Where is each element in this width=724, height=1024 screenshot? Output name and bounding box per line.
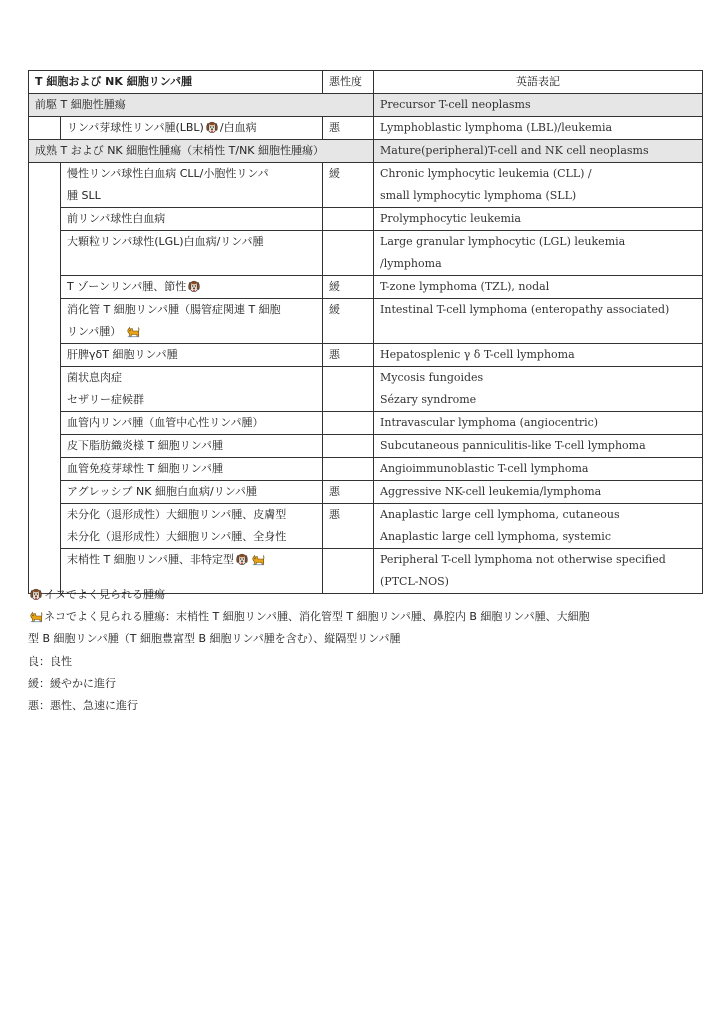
- name-line: 大顆粒リンパ球性(LGL)白血病/リンパ腫: [67, 231, 316, 253]
- row-english: Intravascular lymphoma (angiocentric): [374, 412, 703, 435]
- name-line: セザリー症候群: [67, 389, 316, 411]
- cat-note-text: ネコでよく見られる腫瘍：末梢性 T 細胞リンパ腫、消化管型 T 細胞リンパ腫、鼻…: [44, 610, 590, 623]
- row-name: 菌状息肉症セザリー症候群: [61, 367, 323, 412]
- table-row: 未分化（退形成性）大細胞リンパ腫、皮膚型未分化（退形成性）大細胞リンパ腫、全身性…: [29, 504, 703, 549]
- footnotes: イヌでよく見られる腫瘍 ネコでよく見られる腫瘍：末梢性 T 細胞リンパ腫、消化管…: [28, 584, 708, 717]
- table-row: アグレッシブ NK 細胞白血病/リンパ腫 悪 Aggressive NK-cel…: [29, 481, 703, 504]
- row-name: アグレッシブ NK 細胞白血病/リンパ腫: [61, 481, 323, 504]
- row-name: 消化管 T 細胞リンパ腫（腸管症関連 T 細胞リンパ腫）: [61, 299, 323, 344]
- english-line: Chronic lymphocytic leukemia (CLL) /: [380, 163, 696, 185]
- cat-footnote: ネコでよく見られる腫瘍：末梢性 T 細胞リンパ腫、消化管型 T 細胞リンパ腫、鼻…: [28, 606, 708, 628]
- row-english: Aggressive NK-cell leukemia/lymphoma: [374, 481, 703, 504]
- name-text-suffix: /白血病: [220, 121, 257, 134]
- row-english: Anaplastic large cell lymphoma, cutaneou…: [374, 504, 703, 549]
- row-name: 慢性リンパ球性白血病 CLL/小胞性リンパ腫 SLL: [61, 163, 323, 208]
- dog-footnote: イヌでよく見られる腫瘍: [28, 584, 708, 606]
- table-row: T ゾーンリンパ腫、節性 緩 T-zone lymphoma (TZL), no…: [29, 276, 703, 299]
- english-line: Large granular lymphocytic (LGL) leukemi…: [380, 231, 696, 253]
- table-row: 血管免疫芽球性 T 細胞リンパ腫 Angioimmunoblastic T-ce…: [29, 458, 703, 481]
- row-severity: 緩: [323, 276, 374, 299]
- row-severity: 悪: [323, 344, 374, 367]
- cat-icon: [126, 324, 140, 338]
- row-name: 未分化（退形成性）大細胞リンパ腫、皮膚型未分化（退形成性）大細胞リンパ腫、全身性: [61, 504, 323, 549]
- name-line: 消化管 T 細胞リンパ腫（腸管症関連 T 細胞: [67, 299, 316, 321]
- row-name: 肝脾γδT 細胞リンパ腫: [61, 344, 323, 367]
- indent-cell: [29, 163, 61, 594]
- english-line: /lymphoma: [380, 253, 696, 275]
- name-line: リンパ腫）: [67, 325, 121, 338]
- row-english: Intestinal T-cell lymphoma (enteropathy …: [374, 299, 703, 344]
- dog-face-icon: [205, 120, 219, 134]
- row-severity: 悪: [323, 117, 374, 140]
- row-severity: [323, 208, 374, 231]
- header-name: T 細胞および NK 細胞リンパ腫: [29, 71, 323, 94]
- row-name: リンパ芽球性リンパ腫(LBL)/白血病: [61, 117, 323, 140]
- name-text: リンパ芽球性リンパ腫(LBL): [67, 121, 204, 134]
- table-row: 大顆粒リンパ球性(LGL)白血病/リンパ腫 Large granular lym…: [29, 231, 703, 276]
- row-english: Hepatosplenic γ δ T-cell lymphoma: [374, 344, 703, 367]
- row-severity: 悪: [323, 504, 374, 549]
- row-severity: [323, 231, 374, 276]
- dog-face-icon: [235, 552, 249, 566]
- row-severity: [323, 412, 374, 435]
- row-severity: [323, 367, 374, 412]
- table-row: 慢性リンパ球性白血病 CLL/小胞性リンパ腫 SLL 緩 Chronic lym…: [29, 163, 703, 208]
- legend-benign: 良：良性: [28, 651, 708, 673]
- table-row: リンパ芽球性リンパ腫(LBL)/白血病 悪 Lymphoblastic lymp…: [29, 117, 703, 140]
- table-row: 肝脾γδT 細胞リンパ腫 悪 Hepatosplenic γ δ T-cell …: [29, 344, 703, 367]
- legend-slow: 緩：緩やかに進行: [28, 673, 708, 695]
- row-severity: [323, 458, 374, 481]
- table-row: 前リンパ球性白血病 Prolymphocytic leukemia: [29, 208, 703, 231]
- english-line: Peripheral T-cell lymphoma not otherwise…: [380, 549, 696, 571]
- section-english: Precursor T-cell neoplasms: [374, 94, 703, 117]
- dog-face-icon: [29, 587, 43, 601]
- english-line: Mycosis fungoides: [380, 367, 696, 389]
- english-line: Anaplastic large cell lymphoma, systemic: [380, 526, 696, 548]
- row-name: 大顆粒リンパ球性(LGL)白血病/リンパ腫: [61, 231, 323, 276]
- english-line: Anaplastic large cell lymphoma, cutaneou…: [380, 504, 696, 526]
- name-line: 慢性リンパ球性白血病 CLL/小胞性リンパ: [67, 163, 316, 185]
- row-name: 皮下脂肪織炎様 T 細胞リンパ腫: [61, 435, 323, 458]
- indent-cell: [29, 117, 61, 140]
- lymphoma-table-container: T 細胞および NK 細胞リンパ腫 悪性度 英語表記 前駆 T 細胞性腫瘍 Pr…: [28, 70, 702, 594]
- row-english: Angioimmunoblastic T-cell lymphoma: [374, 458, 703, 481]
- table-row: 血管内リンパ腫（血管中心性リンパ腫） Intravascular lymphom…: [29, 412, 703, 435]
- name-text: T ゾーンリンパ腫、節性: [67, 280, 186, 293]
- row-name: 血管免疫芽球性 T 細胞リンパ腫: [61, 458, 323, 481]
- table-row: 皮下脂肪織炎様 T 細胞リンパ腫 Subcutaneous panniculit…: [29, 435, 703, 458]
- section-row-precursor: 前駆 T 細胞性腫瘍 Precursor T-cell neoplasms: [29, 94, 703, 117]
- row-english: Chronic lymphocytic leukemia (CLL) /smal…: [374, 163, 703, 208]
- section-title: 成熟 T および NK 細胞性腫瘍（末梢性 T/NK 細胞性腫瘍）: [29, 140, 374, 163]
- section-title: 前駆 T 細胞性腫瘍: [29, 94, 374, 117]
- cat-icon: [29, 609, 43, 623]
- name-line: 腫 SLL: [67, 185, 316, 207]
- name-line: 未分化（退形成性）大細胞リンパ腫、全身性: [67, 526, 316, 548]
- dog-face-icon: [187, 279, 201, 293]
- name-line: 未分化（退形成性）大細胞リンパ腫、皮膚型: [67, 504, 316, 526]
- row-english: Large granular lymphocytic (LGL) leukemi…: [374, 231, 703, 276]
- row-english: Lymphoblastic lymphoma (LBL)/leukemia: [374, 117, 703, 140]
- row-name: 血管内リンパ腫（血管中心性リンパ腫）: [61, 412, 323, 435]
- english-line: Sézary syndrome: [380, 389, 696, 411]
- row-severity: 悪: [323, 481, 374, 504]
- row-name: T ゾーンリンパ腫、節性: [61, 276, 323, 299]
- name-line: 菌状息肉症: [67, 367, 316, 389]
- row-severity: 緩: [323, 163, 374, 208]
- cat-footnote-continued: 型 B 細胞リンパ腫（T 細胞豊富型 B 細胞リンパ腫を含む）、縦隔型リンパ腫: [28, 628, 708, 650]
- row-severity: 緩: [323, 299, 374, 344]
- header-english: 英語表記: [374, 71, 703, 94]
- name-text: 末梢性 T 細胞リンパ腫、非特定型: [67, 553, 234, 566]
- cat-icon: [251, 552, 265, 566]
- table-row: 消化管 T 細胞リンパ腫（腸管症関連 T 細胞リンパ腫） 緩 Intestina…: [29, 299, 703, 344]
- header-severity: 悪性度: [323, 71, 374, 94]
- table-row: 菌状息肉症セザリー症候群 Mycosis fungoidesSézary syn…: [29, 367, 703, 412]
- lymphoma-classification-table: T 細胞および NK 細胞リンパ腫 悪性度 英語表記 前駆 T 細胞性腫瘍 Pr…: [28, 70, 703, 594]
- row-name: 前リンパ球性白血病: [61, 208, 323, 231]
- row-english: Prolymphocytic leukemia: [374, 208, 703, 231]
- row-english: T-zone lymphoma (TZL), nodal: [374, 276, 703, 299]
- legend-malignant: 悪：悪性、急速に進行: [28, 695, 708, 717]
- row-english: Subcutaneous panniculitis-like T-cell ly…: [374, 435, 703, 458]
- row-severity: [323, 435, 374, 458]
- english-line: small lymphocytic lymphoma (SLL): [380, 185, 696, 207]
- section-english: Mature(peripheral)T-cell and NK cell neo…: [374, 140, 703, 163]
- dog-note-text: イヌでよく見られる腫瘍: [44, 588, 165, 601]
- row-english: Mycosis fungoidesSézary syndrome: [374, 367, 703, 412]
- section-row-mature: 成熟 T および NK 細胞性腫瘍（末梢性 T/NK 細胞性腫瘍） Mature…: [29, 140, 703, 163]
- table-header-row: T 細胞および NK 細胞リンパ腫 悪性度 英語表記: [29, 71, 703, 94]
